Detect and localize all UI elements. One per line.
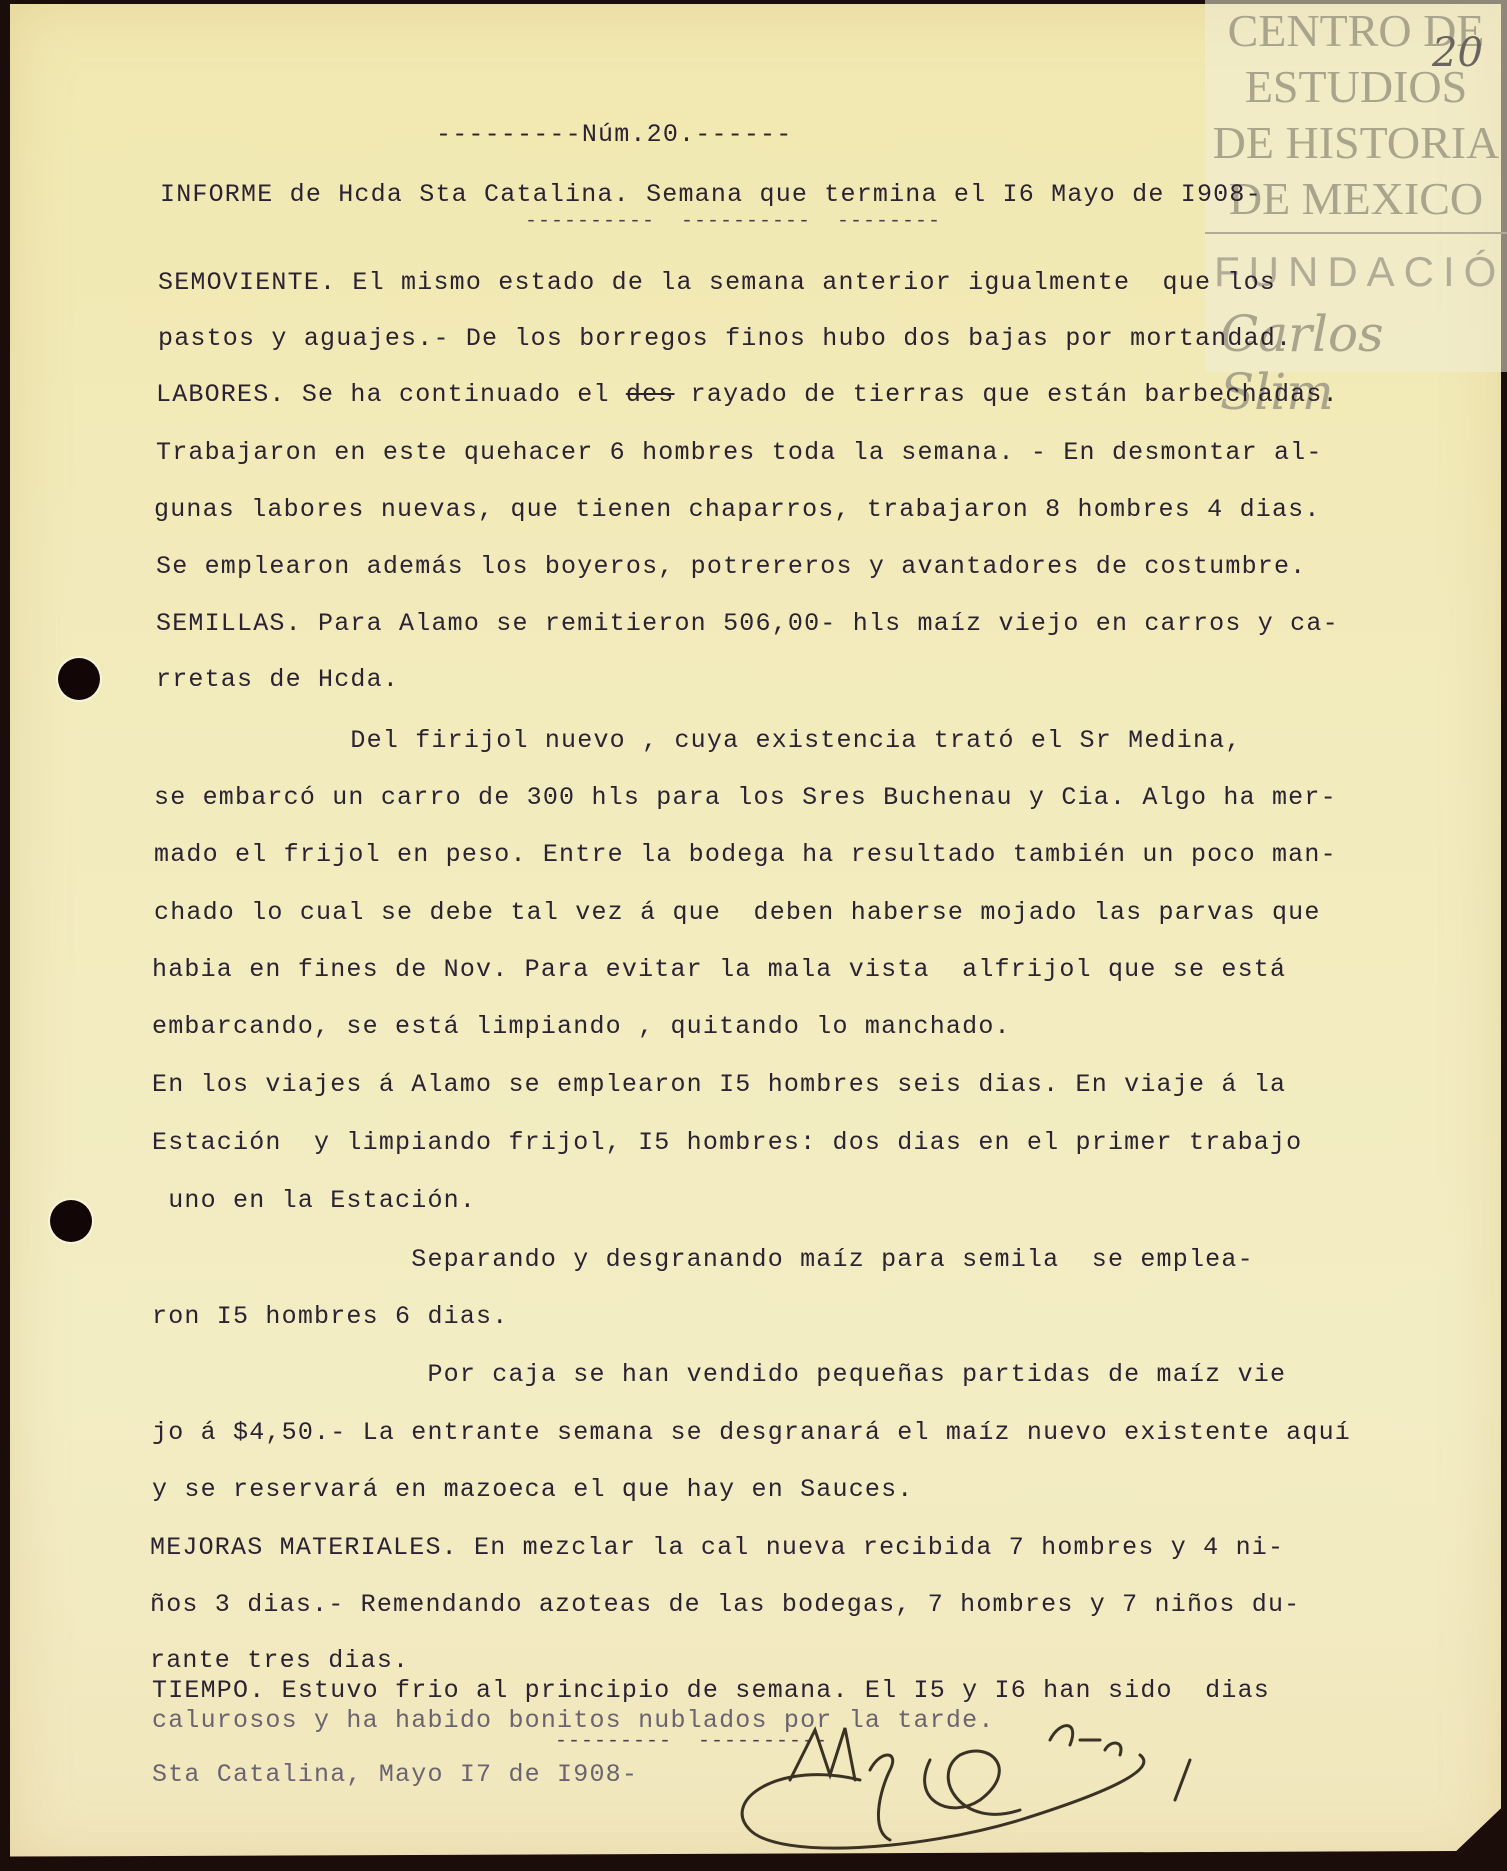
para-frijol-line-1: Del firijol nuevo , cuya existencia trat… (156, 728, 1242, 753)
handwritten-signature (720, 1700, 1320, 1860)
para-separando-line-2: ron I5 hombres 6 dias. (152, 1304, 508, 1329)
para-frijol-line-4: chado lo cual se debe tal vez á que debe… (154, 900, 1321, 925)
para-separando-line-1: Separando y desgranando maíz para semila… (152, 1247, 1254, 1272)
punch-hole-bottom (50, 1200, 92, 1242)
para-viajes-line-1: En los viajes á Alamo se emplearon I5 ho… (152, 1072, 1286, 1097)
para-labores-line-4: Se emplearon además los boyeros, potrere… (156, 554, 1306, 579)
punch-hole-top (58, 658, 100, 700)
para-caja-line-1: Por caja se han vendido pequeñas partida… (152, 1362, 1286, 1387)
para-mejoras-line-1: MEJORAS MATERIALES. En mezclar la cal nu… (150, 1535, 1284, 1560)
para-labores-line-3: gunas labores nuevas, que tienen chaparr… (154, 497, 1321, 522)
para-labores-line-1: LABORES. Se ha continuado el des rayado … (156, 382, 1339, 407)
para-mejoras-line-2: ños 3 dias.- Remendando azoteas de las b… (150, 1592, 1300, 1617)
place-date: Sta Catalina, Mayo I7 de I908- (152, 1762, 638, 1787)
struck-word: des (626, 380, 675, 409)
document-number: ---------Núm.20.------ (436, 122, 792, 147)
watermark-line-3: DE HISTORIA (1205, 120, 1507, 166)
para-frijol-line-3: mado el frijol en peso. Entre la bodega … (154, 842, 1337, 867)
para-caja-line-3: y se reservará en mazoeca el que hay en … (152, 1477, 914, 1502)
para-labores-line-2: Trabajaron en este quehacer 6 hombres to… (156, 440, 1323, 465)
handwritten-page-number: 20 (1432, 30, 1483, 76)
title-underline: ---------- ---------- -------- (525, 210, 941, 233)
para-semoviente-line-2: pastos y aguajes.- De los borregos finos… (158, 326, 1292, 351)
para-frijol-line-6: embarcando, se está limpiando , quitando… (152, 1014, 1011, 1039)
watermark-divider (1205, 232, 1507, 234)
para-caja-line-2: jo á $4,50.- La entrante semana se desgr… (152, 1420, 1351, 1445)
para-frijol-line-2: se embarcó un carro de 300 hls para los … (154, 785, 1337, 810)
para-mejoras-line-3: rante tres dias. (150, 1648, 409, 1673)
para-semillas-line-2: rretas de Hcda. (156, 667, 399, 692)
labores-rest: rayado de tierras que están barbechadas. (674, 380, 1338, 409)
labores-lead: LABORES. Se ha continuado el (156, 380, 626, 409)
document-title: INFORME de Hcda Sta Catalina. Semana que… (160, 182, 1262, 207)
para-semillas-line-1: SEMILLAS. Para Alamo se remitieron 506,0… (156, 611, 1339, 636)
para-viajes-line-3: uno en la Estación. (152, 1188, 476, 1213)
para-viajes-line-2: Estación y limpiando frijol, I5 hombres:… (152, 1130, 1302, 1155)
para-semoviente-line-1: SEMOVIENTE. El mismo estado de la semana… (158, 270, 1276, 295)
para-frijol-line-5: habia en fines de Nov. Para evitar la ma… (152, 957, 1286, 982)
